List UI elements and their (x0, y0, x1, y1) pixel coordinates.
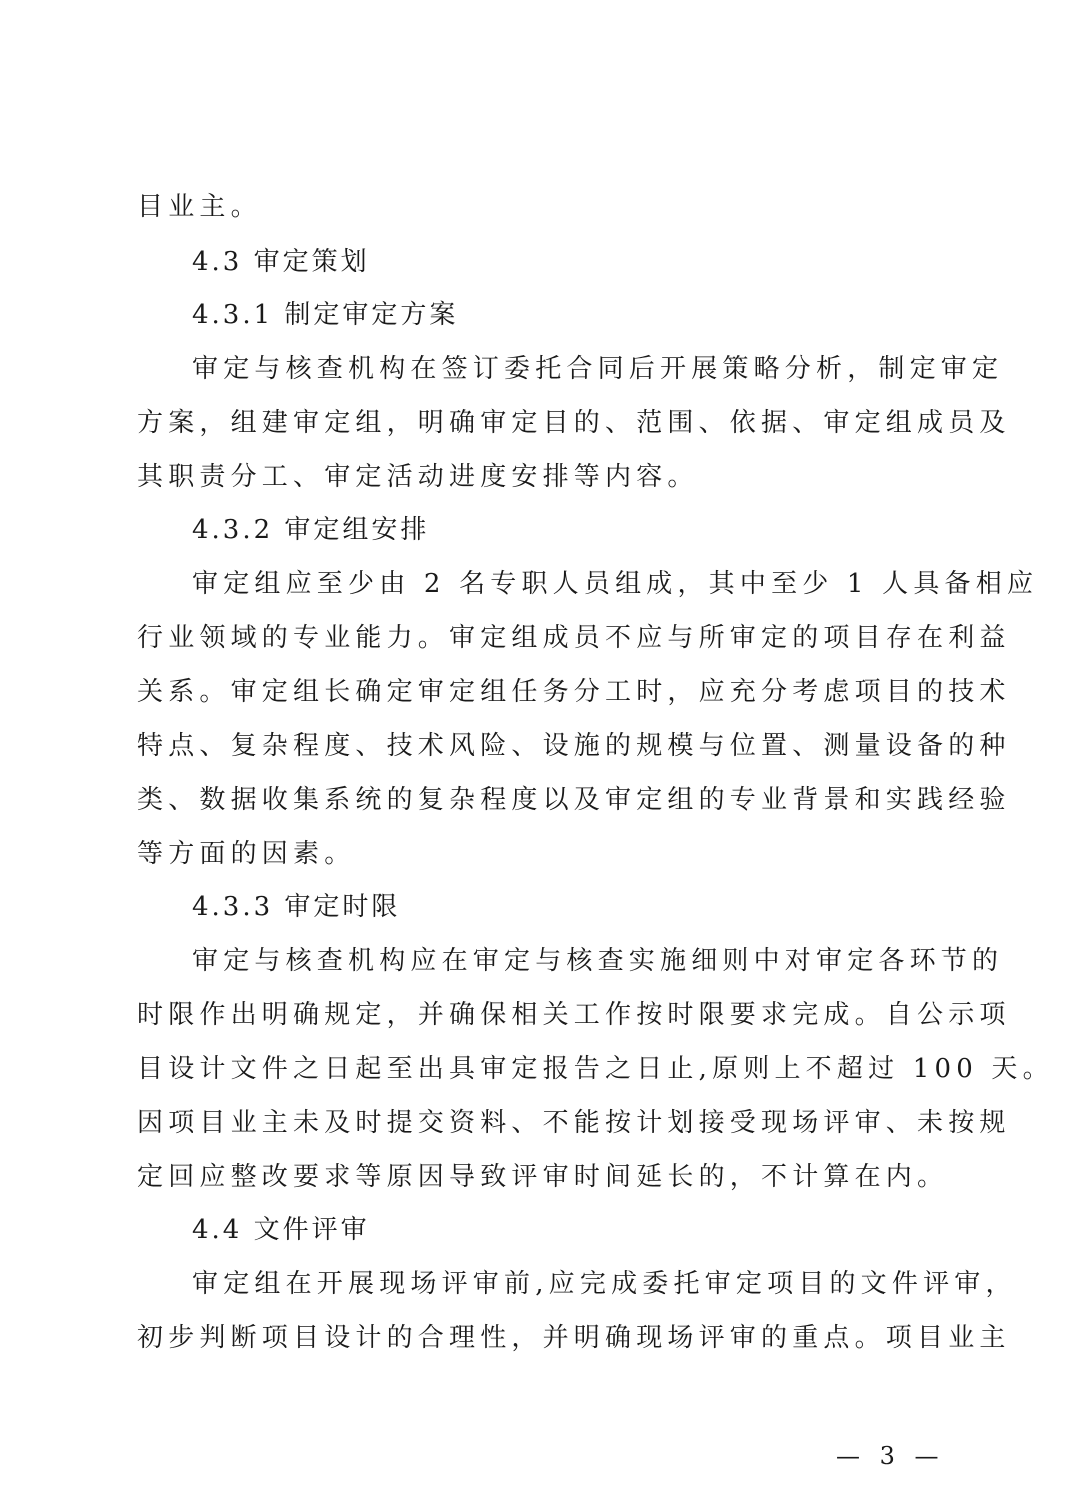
paragraph-line: 审定组在开展现场评审前,应完成委托审定项目的文件评审， (192, 1267, 945, 1301)
paragraph-line: 等方面的因素。 (137, 837, 945, 871)
paragraph-line: 因项目业主未及时提交资料、不能按计划接受现场评审、未按规 (137, 1106, 945, 1140)
section-heading-4-4: 4.4 文件评审 (192, 1213, 370, 1247)
paragraph-line: 方案，组建审定组，明确审定目的、范围、依据、审定组成员及 (137, 406, 945, 440)
paragraph-line: 审定与核查机构在签订委托合同后开展策略分析，制定审定 (192, 352, 945, 386)
section-heading-4-3-2: 4.3.2 审定组安排 (192, 513, 429, 547)
paragraph-line: 特点、复杂程度、技术风险、设施的规模与位置、测量设备的种 (137, 729, 945, 763)
paragraph-continuation-line: 目业主。 (137, 190, 945, 224)
paragraph-line: 时限作出明确规定，并确保相关工作按时限要求完成。自公示项 (137, 998, 945, 1032)
paragraph-line: 其职责分工、审定活动进度安排等内容。 (137, 460, 945, 494)
paragraph-line: 审定组应至少由 2 名专职人员组成，其中至少 1 人具备相应 (192, 567, 945, 601)
paragraph-line: 关系。审定组长确定审定组任务分工时，应充分考虑项目的技术 (137, 675, 945, 709)
section-heading-4-3-3: 4.3.3 审定时限 (192, 890, 400, 924)
paragraph-line: 行业领域的专业能力。审定组成员不应与所审定的项目存在利益 (137, 621, 945, 655)
paragraph-line: 目设计文件之日起至出具审定报告之日止,原则上不超过 100 天。 (137, 1052, 945, 1086)
page-number: — 3 — (836, 1441, 945, 1471)
paragraph-line: 类、数据收集系统的复杂程度以及审定组的专业背景和实践经验 (137, 783, 945, 817)
section-heading-4-3: 4.3 审定策划 (192, 245, 370, 279)
section-heading-4-3-1: 4.3.1 制定审定方案 (192, 298, 458, 332)
paragraph-line: 审定与核查机构应在审定与核查实施细则中对审定各环节的 (192, 944, 945, 978)
paragraph-line: 初步判断项目设计的合理性，并明确现场评审的重点。项目业主 (137, 1321, 945, 1355)
document-page: 目业主。 4.3 审定策划 4.3.1 制定审定方案 审定与核查机构在签订委托合… (0, 0, 1080, 1509)
paragraph-line: 定回应整改要求等原因导致评审时间延长的，不计算在内。 (137, 1160, 945, 1194)
